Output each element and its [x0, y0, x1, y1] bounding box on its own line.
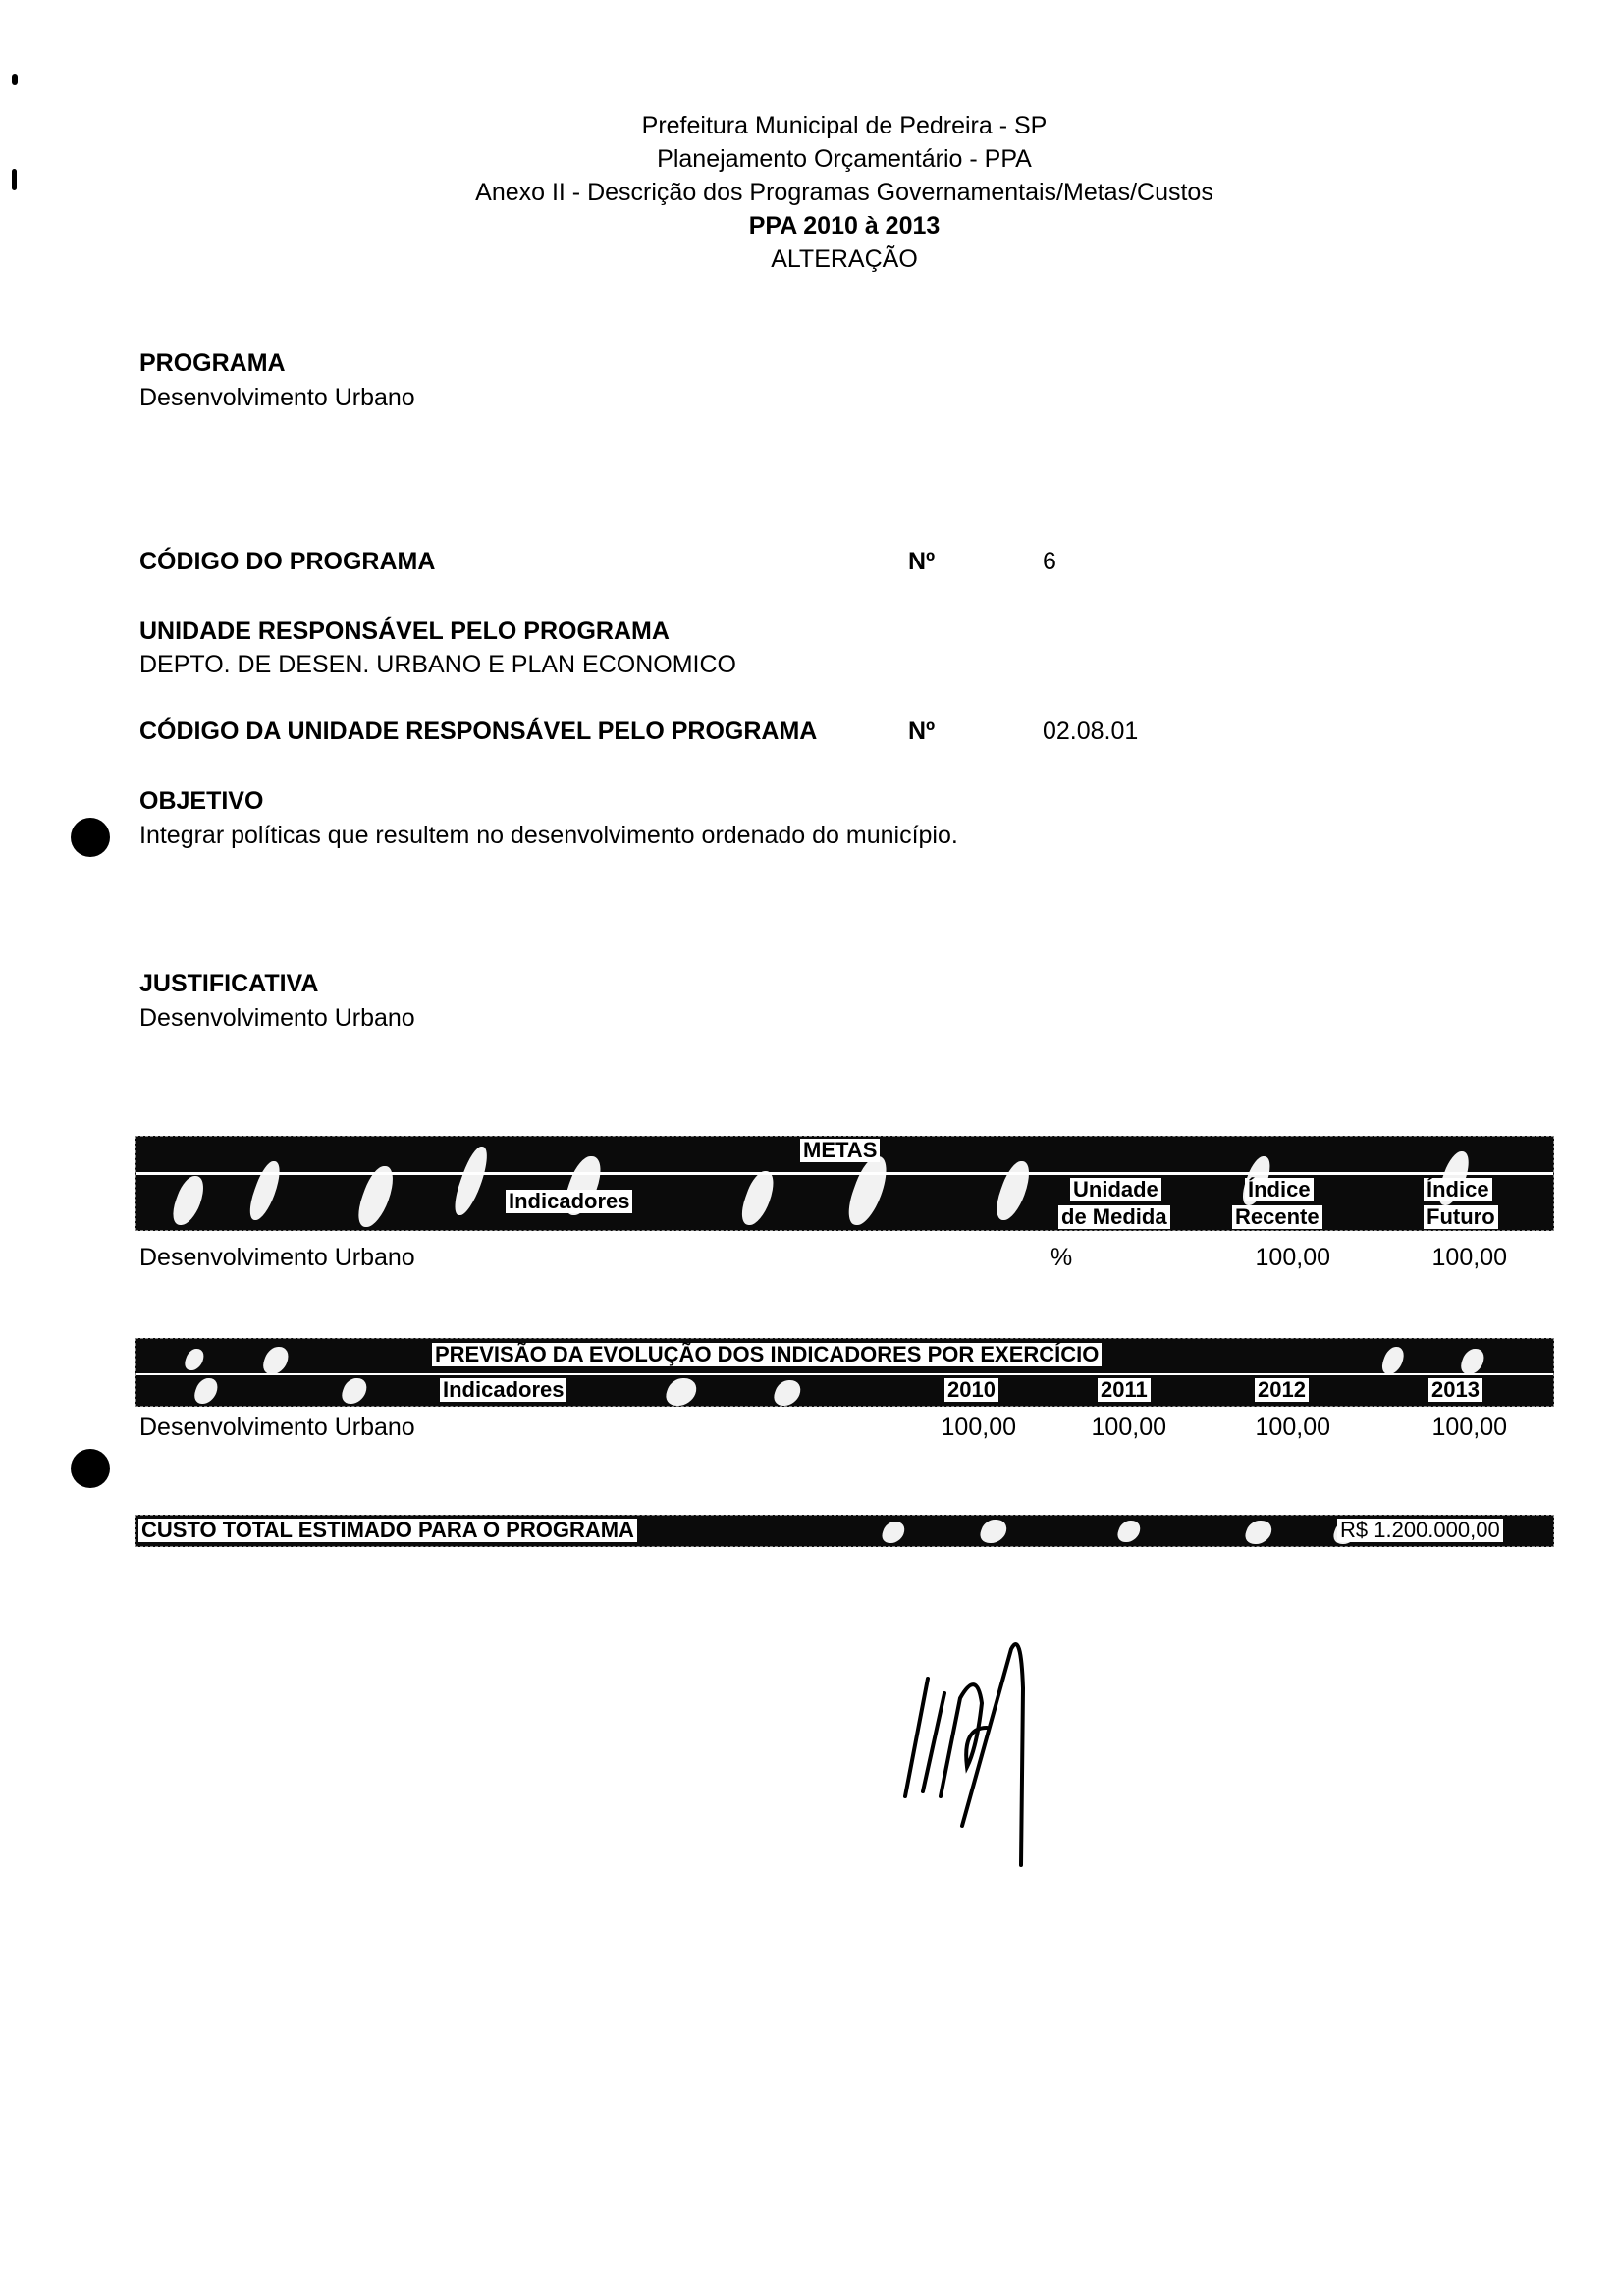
metas-col-futuro-1: Índice [1424, 1178, 1492, 1201]
justificativa-value: Desenvolvimento Urbano [139, 1003, 415, 1033]
punch-hole-top [71, 818, 110, 857]
previsao-row-2013: 100,00 [1389, 1413, 1507, 1442]
punch-hole-bottom [71, 1449, 110, 1488]
custo-label: CUSTO TOTAL ESTIMADO PARA O PROGRAMA [138, 1519, 637, 1542]
codigo-programa-no: Nº [908, 547, 935, 576]
codigo-unidade-label: CÓDIGO DA UNIDADE RESPONSÁVEL PELO PROGR… [139, 717, 817, 746]
programa-value: Desenvolvimento Urbano [139, 383, 415, 412]
metas-row-recente: 100,00 [1212, 1243, 1330, 1272]
metas-row-unidade: % [1050, 1243, 1072, 1272]
previsao-col-2013: 2013 [1428, 1378, 1482, 1402]
metas-title: METAS [800, 1139, 880, 1162]
custo-value: R$ 1.200.000,00 [1337, 1519, 1503, 1542]
header-line-planning: Planejamento Orçamentário - PPA [0, 144, 1616, 174]
metas-col-recente-2: Recente [1232, 1205, 1322, 1229]
metas-col-futuro-2: Futuro [1424, 1205, 1498, 1229]
codigo-programa-label: CÓDIGO DO PROGRAMA [139, 547, 435, 576]
justificativa-label: JUSTIFICATIVA [139, 969, 318, 998]
previsao-col-2012: 2012 [1255, 1378, 1309, 1402]
scan-mark [12, 74, 18, 85]
previsao-row-2012: 100,00 [1212, 1413, 1330, 1442]
objetivo-label: OBJETIVO [139, 786, 263, 816]
metas-col-recente-1: Índice [1245, 1178, 1314, 1201]
objetivo-value: Integrar políticas que resultem no desen… [139, 821, 958, 850]
unidade-label: UNIDADE RESPONSÁVEL PELO PROGRAMA [139, 616, 670, 646]
previsao-row-2010: 100,00 [898, 1413, 1016, 1442]
metas-col-unidade-2: de Medida [1058, 1205, 1170, 1229]
header-line-ppa: PPA 2010 à 2013 [0, 211, 1616, 240]
metas-col-indicadores: Indicadores [506, 1190, 632, 1213]
signature [884, 1610, 1080, 1885]
metas-col-unidade-1: Unidade [1070, 1178, 1161, 1201]
previsao-col-2010: 2010 [944, 1378, 998, 1402]
codigo-programa-value: 6 [1043, 547, 1056, 576]
previsao-row-2011: 100,00 [1049, 1413, 1166, 1442]
previsao-row-indicador: Desenvolvimento Urbano [139, 1413, 415, 1442]
header-line-annex: Anexo II - Descrição dos Programas Gover… [0, 178, 1616, 207]
unidade-value: DEPTO. DE DESEN. URBANO E PLAN ECONOMICO [139, 650, 736, 679]
header-line-municipality: Prefeitura Municipal de Pedreira - SP [0, 111, 1616, 140]
previsao-col-2011: 2011 [1098, 1378, 1151, 1402]
header-line-alteracao: ALTERAÇÃO [0, 244, 1616, 274]
previsao-col-indicadores: Indicadores [440, 1378, 566, 1402]
previsao-title: PREVISÃO DA EVOLUÇÃO DOS INDICADORES POR… [432, 1343, 1102, 1366]
programa-label: PROGRAMA [139, 348, 286, 378]
metas-row-futuro: 100,00 [1389, 1243, 1507, 1272]
codigo-unidade-value: 02.08.01 [1043, 717, 1138, 746]
codigo-unidade-no: Nº [908, 717, 935, 746]
metas-row-indicador: Desenvolvimento Urbano [139, 1243, 415, 1272]
